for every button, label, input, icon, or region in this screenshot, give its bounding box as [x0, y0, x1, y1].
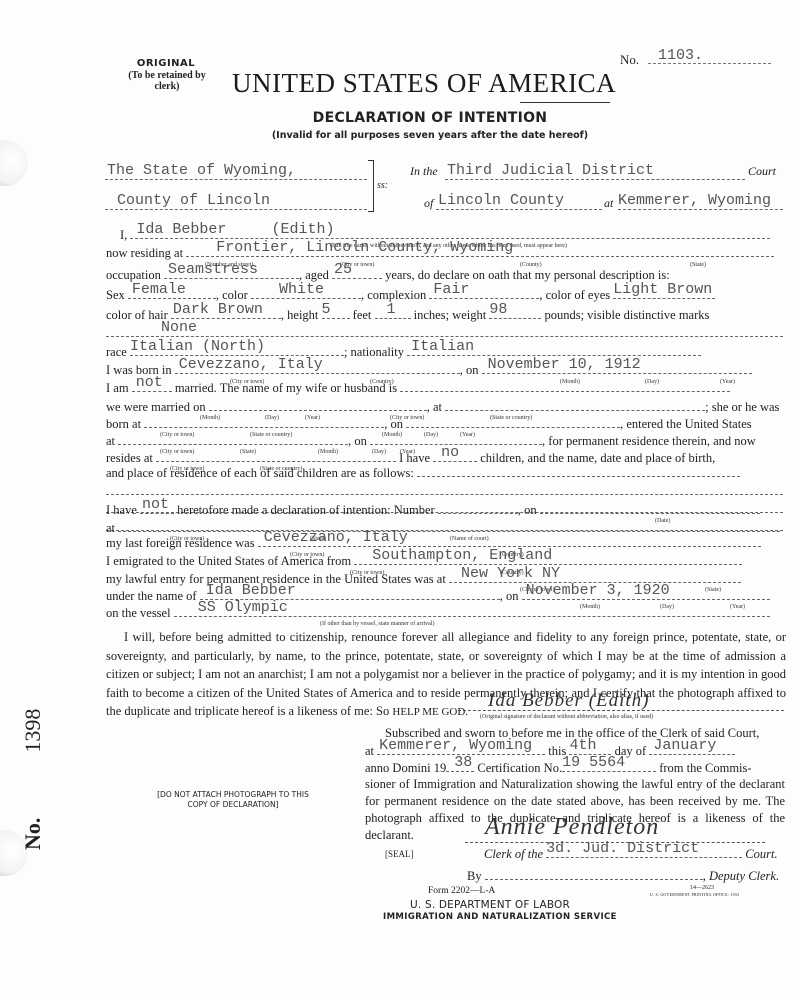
oath-paragraph: I will, before being admitted to citizen…	[106, 628, 786, 722]
sex-label: Sex	[106, 288, 125, 302]
page-title: UNITED STATES OF AMERICA	[232, 68, 616, 99]
race-field: Italian (North)	[130, 342, 344, 356]
marks-value: None	[161, 318, 197, 338]
photo-note-line: COPY OF DECLARATION]	[140, 800, 326, 810]
stamp-number-value: 1398	[20, 709, 45, 753]
i-label: I,	[120, 228, 127, 242]
on-label: , on	[384, 417, 403, 431]
emigrated-value: Southampton, England	[372, 546, 552, 566]
marital-status-field: not	[132, 378, 172, 392]
children-field	[106, 481, 783, 495]
hair-field: Dark Brown	[171, 305, 281, 319]
vessel-caption: (If other than by vessel, state manner o…	[320, 621, 434, 627]
last-residence-field: Cevezzano, Italy	[258, 533, 761, 547]
form-subtitle: DECLARATION OF INTENTION	[0, 110, 800, 126]
signature-caption: (Original signature of declarant without…	[480, 714, 653, 720]
i-have-label: I have	[106, 503, 137, 517]
stamp-number: No. 1398	[20, 709, 46, 850]
entry-date-value: November 3, 1920	[526, 581, 670, 601]
color-value: White	[279, 280, 324, 300]
print-office: U. S. GOVERNMENT PRINTING OFFICE: 1933	[650, 892, 739, 897]
name-field: Ida Bebber (Edith)	[130, 225, 770, 239]
on-label: , on	[500, 589, 519, 603]
occupation-field: Seamstress	[164, 265, 299, 279]
permanent-label: , for permanent residence therein, and n…	[542, 434, 756, 448]
original-note-line: clerk)	[108, 81, 226, 92]
age-value: 25	[334, 260, 352, 280]
weight-value: 98	[489, 300, 507, 320]
sex-field: Female	[128, 285, 216, 299]
punch-hole	[0, 140, 28, 186]
seal-label: [SEAL]	[385, 849, 414, 859]
last-residence-label: my last foreign residence was	[106, 536, 255, 550]
entry-date-field: November 3, 1920	[522, 586, 770, 600]
court-label: Court.	[745, 847, 777, 861]
spouse-entry-place-field	[118, 431, 348, 445]
prior-date-field	[540, 500, 760, 514]
married-date-field	[209, 397, 427, 411]
prior-status-field: not	[140, 500, 174, 514]
month-value: January	[653, 736, 716, 756]
on-label: , on	[460, 363, 479, 377]
city-value: Kemmerer, Wyoming	[618, 192, 771, 209]
cert-label: Certification No.	[477, 761, 562, 775]
city-field: Kemmerer, Wyoming	[618, 190, 783, 210]
in-the-label: In the	[410, 164, 438, 179]
deputy-field	[485, 866, 703, 880]
number-value: 1103.	[658, 47, 703, 64]
cert-number-field: 19 5564	[562, 758, 656, 772]
prior-text: heretofore made a declaration of intenti…	[177, 503, 435, 517]
residence-field: Frontier, Lincoln County, Wyoming	[186, 243, 774, 257]
residence-value: Frontier, Lincoln County, Wyoming	[216, 238, 513, 258]
of-label: of	[424, 196, 433, 211]
pounds-label: pounds; visible distinctive marks	[544, 308, 709, 322]
at-label: at	[604, 196, 613, 211]
court-location-value: Lincoln County	[438, 192, 564, 209]
on-label: , on	[518, 503, 537, 517]
marks-field: None	[106, 323, 783, 337]
clerk-signature: Annie Pendleton	[485, 814, 659, 841]
i-am-label: I am	[106, 381, 129, 395]
eyes-value: Light Brown	[613, 280, 712, 300]
married-place-field	[445, 397, 705, 411]
eyes-field: Light Brown	[613, 285, 715, 299]
hair-value: Dark Brown	[173, 300, 263, 320]
vessel-line: on the vessel SS Olympic	[106, 603, 786, 623]
birthdate-field: November 10, 1912	[482, 360, 752, 374]
cert-number-value: 19 5564	[562, 753, 625, 773]
birth-line: I was born in Cevezzano, Italy, on Novem…	[106, 360, 786, 380]
stamp-prefix: No.	[20, 818, 45, 850]
declarant-signature: Ida Bebber (Edith)	[488, 690, 650, 712]
children-field	[417, 463, 740, 477]
height-label: , height	[281, 308, 319, 322]
print-code: 14—2623	[690, 885, 714, 891]
title-rule	[520, 102, 610, 103]
marital-line: I am not married. The name of my wife or…	[106, 378, 786, 398]
eyes-label: , color of eyes	[539, 288, 610, 302]
bracket	[368, 160, 374, 212]
complexion-field: Fair	[429, 285, 539, 299]
born-at-label: born at	[106, 417, 141, 431]
year-value: 38	[454, 753, 472, 773]
emigrated-label: I emigrated to the United States of Amer…	[106, 554, 351, 568]
vessel-field: SS Olympic	[174, 603, 770, 617]
anno-label: anno Domini 19	[365, 761, 446, 775]
number-label: No.	[620, 52, 639, 68]
clerk-court-line: Clerk of the 3d. Jud. District Court.	[484, 844, 784, 864]
on-label: , on	[348, 434, 367, 448]
birthplace-field: Cevezzano, Italy	[175, 360, 460, 374]
certification-line: anno Domini 1938 Certification No.19 556…	[365, 758, 785, 778]
court-label: Court	[748, 164, 776, 179]
oath-closing: HELP ME GOD.	[392, 706, 468, 718]
last-residence-value: Cevezzano, Italy	[264, 528, 408, 548]
sex-value: Female	[132, 280, 186, 300]
color-field: White	[251, 285, 361, 299]
inches-label: inches; weight	[414, 308, 487, 322]
number-field: 1103.	[648, 63, 771, 64]
occupation-value: Seamstress	[168, 260, 258, 280]
entered-label: , entered the United States	[620, 417, 752, 431]
emigrated-field: Southampton, England	[354, 551, 742, 565]
prior-number-field	[438, 500, 518, 514]
children-count-field: no	[433, 448, 477, 462]
deputy-label: , Deputy Clerk.	[703, 869, 779, 883]
oath-text: I will, before being admitted to citizen…	[106, 630, 786, 718]
height-feet-field: 5	[322, 305, 350, 319]
hair-line: color of hair Dark Brown, height 5 feet …	[106, 305, 786, 325]
vessel-value: SS Olympic	[198, 598, 288, 618]
state-field: The State of Wyoming,	[105, 160, 367, 180]
married-on-label: we were married on	[106, 400, 206, 414]
clerk-court-value: 3d. Jud. District	[546, 839, 699, 859]
service: IMMIGRATION AND NATURALIZATION SERVICE	[383, 912, 617, 922]
state-value: The State of Wyoming,	[107, 162, 296, 179]
photo-note-line: [DO NOT ATTACH PHOTOGRAPH TO THIS	[140, 790, 326, 800]
race-value: Italian (North)	[130, 337, 265, 357]
county-field: County of Lincoln	[105, 190, 367, 210]
original-note: (To be retained by clerk)	[108, 70, 226, 92]
married-text: married. The name of my wife or husband …	[175, 381, 397, 395]
county-value: County of Lincoln	[117, 192, 270, 209]
month-field: January	[649, 741, 735, 755]
validity-note: (Invalid for all purposes seven years af…	[0, 130, 800, 141]
prior-court-field	[118, 518, 780, 532]
form-number: Form 2202—L-A	[428, 886, 495, 896]
spouse-residence-field	[156, 448, 396, 462]
declarant-name-value: Ida Bebber (Edith)	[136, 220, 334, 240]
entry-name-label: under the name of	[106, 589, 197, 603]
age-field: 25	[332, 265, 382, 279]
photo-note: [DO NOT ATTACH PHOTOGRAPH TO THIS COPY O…	[140, 790, 326, 810]
children-line: and place of residence of each of said c…	[106, 463, 786, 483]
court-name-value: Third Judicial District	[447, 162, 654, 179]
court-location-field: Lincoln County	[436, 190, 602, 210]
height-feet-value: 5	[322, 300, 331, 320]
at-label: at	[365, 744, 374, 758]
at-label: at	[106, 434, 115, 448]
feet-label: feet	[353, 308, 372, 322]
deputy-line: By , Deputy Clerk.	[467, 866, 787, 886]
birthplace-value: Cevezzano, Italy	[179, 355, 323, 375]
at-label: , at	[427, 400, 442, 414]
nationality-label: ; nationality	[344, 345, 404, 359]
prior-declaration-line: I have not heretofore made a declaration…	[106, 500, 786, 520]
original-label: ORIGINAL	[126, 58, 206, 69]
year-field: 38	[446, 758, 474, 772]
original-note-line: (To be retained by	[108, 70, 226, 81]
blank-line	[106, 481, 786, 501]
race-label: race	[106, 345, 127, 359]
nationality-field: Italian	[407, 342, 701, 356]
by-label: By	[467, 869, 482, 883]
birthdate-value: November 10, 1912	[488, 355, 641, 375]
spouse-field	[400, 378, 730, 392]
children-count-value: no	[441, 443, 459, 463]
department: U. S. DEPARTMENT OF LABOR	[410, 899, 570, 911]
children-text-2: and place of residence of each of said c…	[106, 466, 414, 480]
height-inches-field: 1	[375, 305, 411, 319]
marital-status-value: not	[136, 373, 163, 393]
nationality-value: Italian	[411, 337, 474, 357]
clerk-court-field: 3d. Jud. District	[546, 844, 742, 858]
ss-label: ss:	[377, 180, 388, 191]
emigrated-line: I emigrated to the United States of Amer…	[106, 551, 786, 571]
residing-label: now residing at	[106, 246, 183, 260]
court-name-field: Third Judicial District	[445, 160, 745, 180]
she-he-label: ; she or he was	[705, 400, 779, 414]
prior-status-value: not	[142, 495, 169, 515]
clerk-of-label: Clerk of the	[484, 847, 543, 861]
spouse-birthplace-field	[144, 414, 384, 428]
height-inches-value: 1	[387, 300, 396, 320]
vessel-label: on the vessel	[106, 606, 171, 620]
weight-field: 98	[489, 305, 541, 319]
spouse-birthdate-field	[406, 414, 620, 428]
hair-label: color of hair	[106, 308, 168, 322]
complexion-value: Fair	[433, 280, 469, 300]
from-label: from the Commis-	[659, 761, 751, 775]
